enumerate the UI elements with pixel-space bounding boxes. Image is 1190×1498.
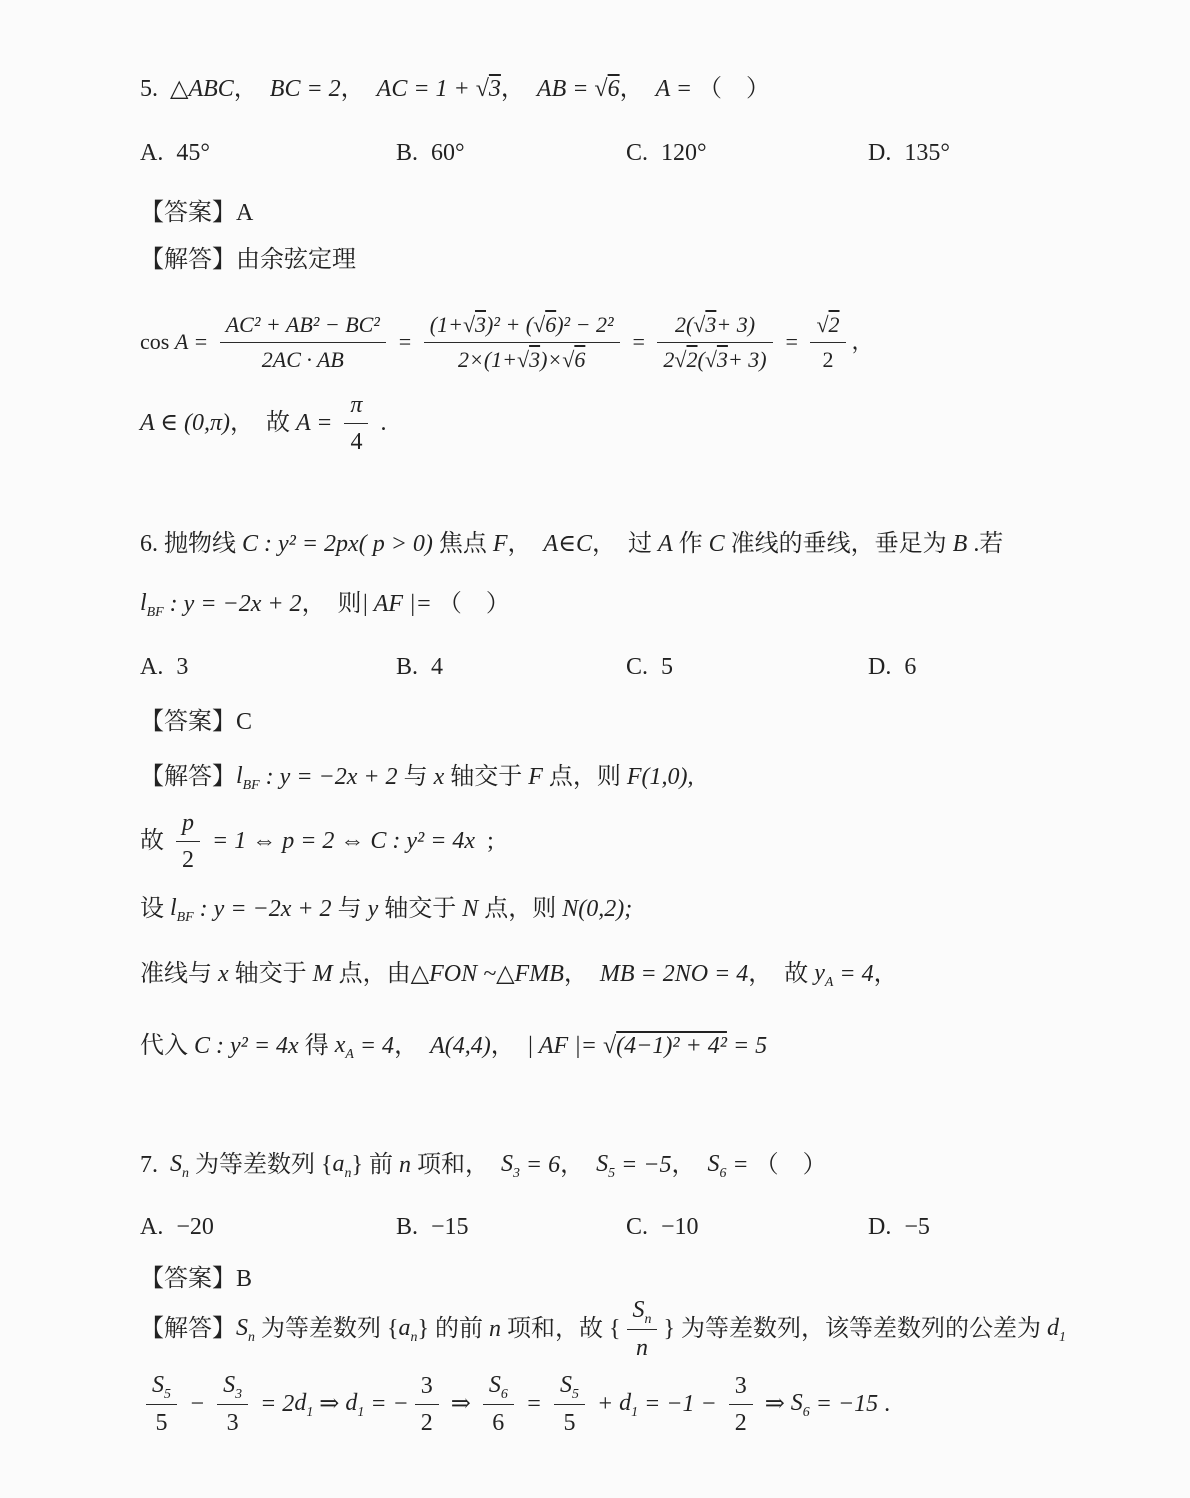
math-token: p xyxy=(182,808,194,838)
var-base: S xyxy=(236,1315,248,1341)
subscript: BF xyxy=(243,778,260,793)
var-base: S xyxy=(633,1297,645,1323)
math-token: A∈C xyxy=(544,529,592,559)
sqrt-radicand: 2 xyxy=(687,347,698,372)
var-with-sub: S6 xyxy=(489,1370,508,1402)
q6-solution-line5: 代入 C : y² = 4x 得 xA = 4 ， A(4,4) ， | AF … xyxy=(140,1020,767,1072)
text-token: ， xyxy=(874,959,898,989)
math-token: + 3) xyxy=(728,346,767,374)
q6-solution-line1: 【解答】 lBF : y = −2x + 2 与 x 轴交于 F 点，则 F(1… xyxy=(140,756,694,798)
math-token: 3 xyxy=(421,1371,433,1401)
solution-tag: 【解答】 xyxy=(140,245,236,275)
option-c: C.120° xyxy=(626,138,707,168)
sqrt: 3 xyxy=(476,74,501,104)
math-token: : y = −2x + 2 xyxy=(260,762,398,792)
text-token: 点，则 xyxy=(543,762,627,792)
option-value: 3 xyxy=(176,652,188,682)
math-token: 2×(1+ xyxy=(458,346,517,374)
math-token: A xyxy=(658,529,673,559)
subscript: BF xyxy=(177,910,194,925)
text-token: 与 xyxy=(332,894,368,924)
math-token: = −15 xyxy=(810,1389,878,1419)
text-token: ， 则 xyxy=(302,589,362,619)
math-token: 2 xyxy=(822,346,833,374)
question-number: 6. 抛物线 xyxy=(140,529,242,559)
text-token: 点，由 xyxy=(333,959,411,989)
text-token: 点，则 xyxy=(478,894,562,924)
option-a: A.3 xyxy=(140,652,188,682)
text-token: 为等差数列 { xyxy=(189,1150,333,1180)
var-with-sub: d1 xyxy=(294,1388,313,1420)
subscript: n xyxy=(410,1330,417,1345)
var-base: S xyxy=(489,1372,501,1398)
numerator: 3 xyxy=(415,1370,439,1405)
option-value: −5 xyxy=(904,1212,930,1242)
var-with-sub: Sn xyxy=(170,1149,189,1181)
fraction: AC² + AB² − BC² 2AC · AB xyxy=(220,310,386,374)
math-token: 2AC · AB xyxy=(262,346,344,374)
subscript: BF xyxy=(147,605,164,620)
numerator: π xyxy=(344,389,368,424)
var-base: d xyxy=(619,1390,631,1416)
q7-options: A.−20 B.−15 C.−10 D.−5 xyxy=(140,1212,1080,1246)
var-base: S xyxy=(501,1151,513,1177)
math-token: 4 xyxy=(350,427,362,457)
option-value: −10 xyxy=(661,1212,699,1242)
option-value: 135° xyxy=(904,138,950,168)
math-token: A = xyxy=(175,328,214,356)
denominator: 2 xyxy=(810,343,845,375)
text-token: ， xyxy=(491,1031,527,1061)
math-token: C : y² = 4x xyxy=(194,1031,299,1061)
numerator: 2(3+ 3) xyxy=(657,310,772,343)
var-with-sub: Sn xyxy=(633,1295,652,1327)
question-number: 7. xyxy=(140,1150,170,1180)
math-token: ( xyxy=(698,346,705,374)
text-token: ， xyxy=(560,1150,596,1180)
subscript: 1 xyxy=(631,1405,638,1420)
option-label: C. xyxy=(626,652,648,682)
var-base: S xyxy=(707,1151,719,1177)
option-label: D. xyxy=(868,652,891,682)
math-token: AB = xyxy=(537,74,595,104)
text-token: ， 故 xyxy=(748,959,814,989)
var-with-sub: an xyxy=(332,1149,351,1181)
subscript: A xyxy=(825,975,834,990)
math-token: 2( xyxy=(675,311,693,339)
q6-solution-line4: 准线与 x 轴交于 M 点，由 △FON ~△FMB ， MB = 2NO = … xyxy=(140,953,898,995)
text-token: ， 过 xyxy=(592,529,658,559)
q6-answer: 【答案】 C xyxy=(140,705,252,739)
var-base: S xyxy=(596,1151,608,1177)
fraction: p 2 xyxy=(176,807,200,876)
var-base: l xyxy=(236,763,243,789)
numerator: S3 xyxy=(217,1369,248,1406)
var-with-sub: yA xyxy=(814,958,833,990)
var-base: l xyxy=(140,590,147,616)
denominator: 2 xyxy=(729,1405,753,1439)
text-token: ， xyxy=(501,74,537,104)
text-token: 设 xyxy=(140,894,170,924)
option-value: 45° xyxy=(176,138,210,168)
subscript: 1 xyxy=(1059,1330,1066,1345)
sqrt-radicand: 6 xyxy=(574,347,585,372)
option-value: 120° xyxy=(661,138,707,168)
subscript: 5 xyxy=(608,1166,615,1181)
q7-answer: 【答案】 B xyxy=(140,1262,252,1296)
var-with-sub: d1 xyxy=(345,1388,364,1420)
q5-answer: 【答案】 A xyxy=(140,196,253,230)
text-token: 代入 xyxy=(140,1031,194,1061)
fraction: (1+3)² + (6)² − 2² 2×(1+3)×6 xyxy=(424,310,620,374)
denominator: 2×(1+3)×6 xyxy=(424,343,620,375)
var-with-sub: lBF xyxy=(140,588,164,620)
q5-stem: 5. △ABC ， BC = 2 ， AC = 1 + 3 ， AB = 6 ，… xyxy=(140,66,770,112)
denominator: 3 xyxy=(217,1405,248,1439)
sqrt: 3 xyxy=(463,311,486,339)
text-token: ， xyxy=(852,328,874,356)
math-token: x xyxy=(434,762,445,792)
math-token: N(0,2); xyxy=(562,894,632,924)
subscript: n xyxy=(248,1330,255,1345)
math-token: = 5 xyxy=(727,1031,767,1061)
q5-options: A.45° B.60° C.120° D.135° xyxy=(140,138,1080,172)
var-base: d xyxy=(294,1390,306,1416)
implies-sign: ⇒ xyxy=(313,1389,345,1419)
denominator: 22(3+ 3) xyxy=(657,343,772,375)
text-token: } 前 xyxy=(351,1150,399,1180)
text-token: .若 xyxy=(967,529,1003,559)
math-token: | AF |= xyxy=(362,589,438,619)
math-token: △FON ~△FMB xyxy=(411,959,564,989)
cos-operator: cos xyxy=(140,328,175,356)
text-token: ， xyxy=(394,1031,430,1061)
sqrt: (4−1)² + 4² xyxy=(603,1031,727,1061)
sqrt: 3 xyxy=(705,346,728,374)
text-token: 为等差数列 { xyxy=(255,1314,399,1344)
option-label: A. xyxy=(140,1212,163,1242)
var-base: S xyxy=(223,1372,235,1398)
math-token: MB = 2NO = 4 xyxy=(600,959,748,989)
var-base: a xyxy=(398,1315,410,1341)
text-token: 项和，故 { xyxy=(501,1314,621,1344)
text-token: 轴交于 xyxy=(444,762,528,792)
math-token: F(1,0), xyxy=(627,762,694,792)
question-number: 5. xyxy=(140,74,170,104)
math-token: 2 xyxy=(663,346,674,374)
math-token: n xyxy=(489,1314,501,1344)
math-token: x xyxy=(218,959,229,989)
math-token: = −1 − xyxy=(638,1389,723,1419)
math-token: 6 xyxy=(492,1408,504,1438)
sqrt: 3 xyxy=(693,311,716,339)
subscript: n xyxy=(344,1166,351,1181)
solution-tag: 【解答】 xyxy=(140,1314,236,1344)
denominator: 4 xyxy=(344,424,368,458)
math-token: AC² + AB² − BC² xyxy=(226,311,380,339)
fraction: 3 2 xyxy=(729,1370,753,1439)
math-token: = 4 xyxy=(833,959,873,989)
math-token: A = xyxy=(296,408,338,438)
math-token: 5 xyxy=(563,1408,575,1438)
denominator: n xyxy=(627,1330,658,1364)
fraction: S5 5 xyxy=(554,1369,585,1440)
text-token: ， xyxy=(341,74,377,104)
var-base: l xyxy=(170,895,177,921)
text-token: 准线的垂线，垂足为 xyxy=(725,529,953,559)
text-token: 与 xyxy=(398,762,434,792)
math-token: + xyxy=(591,1389,619,1419)
math-token: 3 xyxy=(735,1371,747,1401)
var-base: S xyxy=(170,1151,182,1177)
sqrt-radicand: 2 xyxy=(829,312,840,337)
implies-sign: ⇒ xyxy=(759,1389,791,1419)
math-token: )² − 2² xyxy=(556,311,613,339)
sqrt: 3 xyxy=(517,346,540,374)
fraction: 3 2 xyxy=(415,1370,439,1439)
sqrt-radicand: 3 xyxy=(705,312,716,337)
option-d: D.135° xyxy=(868,138,950,168)
denominator: 2AC · AB xyxy=(220,343,386,375)
math-token: 5 xyxy=(155,1408,167,1438)
math-token: N xyxy=(462,894,478,924)
math-token: = 2 xyxy=(254,1389,294,1419)
equals-sign: = xyxy=(520,1389,548,1419)
math-token: 2 xyxy=(421,1408,433,1438)
math-token: : y = −2x + 2 xyxy=(194,894,332,924)
math-token: △ABC xyxy=(170,74,234,104)
option-value: 5 xyxy=(661,652,673,682)
math-token: 2 xyxy=(735,1408,747,1438)
option-c: C.−10 xyxy=(626,1212,699,1242)
q6-stem: 6. 抛物线 C : y² = 2px( p > 0) 焦点 F ， A∈C ，… xyxy=(140,521,1003,567)
var-with-sub: S5 xyxy=(596,1149,615,1181)
option-label: B. xyxy=(396,1212,418,1242)
math-token: F xyxy=(528,762,543,792)
math-token: n xyxy=(636,1333,648,1363)
math-token: y xyxy=(368,894,379,924)
var-base: y xyxy=(814,960,825,986)
math-token: AC = 1 + xyxy=(377,74,476,104)
numerator: Sn xyxy=(627,1294,658,1331)
var-with-sub: Sn xyxy=(236,1313,255,1345)
sqrt: 2 xyxy=(816,311,839,339)
fraction: S6 6 xyxy=(483,1369,514,1440)
math-token: )× xyxy=(540,346,562,374)
math-token: C xyxy=(709,529,725,559)
q6-solution-line2: 故 p 2 = 1 ⇔ p = 2 ⇔ C : y² = 4x ; xyxy=(140,808,494,874)
q5-conclusion: A ∈ (0,π) ， 故 A = π 4 . xyxy=(140,392,386,454)
option-c: C.5 xyxy=(626,652,673,682)
text-token: . xyxy=(374,408,386,438)
subscript: A xyxy=(345,1047,354,1062)
math-token: B xyxy=(953,529,968,559)
math-token: 3 xyxy=(227,1408,239,1438)
q7-solution-line1: 【解答】 Sn 为等差数列 { an } 的前 n 项和，故 { Sn n } … xyxy=(140,1298,1066,1360)
sqrt-radicand: 3 xyxy=(717,347,728,372)
answer-tag: 【答案】 xyxy=(140,1264,236,1294)
text-token: ， xyxy=(620,74,656,104)
sqrt-radicand: 3 xyxy=(529,347,540,372)
text-token: 项和， xyxy=(411,1150,501,1180)
math-token: π xyxy=(350,390,362,420)
var-base: x xyxy=(335,1032,346,1058)
option-value: −15 xyxy=(431,1212,469,1242)
text-token: ， xyxy=(508,529,544,559)
sqrt: 2 xyxy=(674,346,697,374)
text-token: 作 xyxy=(673,529,709,559)
text-token: . xyxy=(878,1389,890,1419)
option-label: D. xyxy=(868,1212,891,1242)
math-token: (1+ xyxy=(430,311,463,339)
math-token: = 4 xyxy=(354,1031,394,1061)
sqrt: 6 xyxy=(533,311,556,339)
fraction: Sn n xyxy=(627,1294,658,1365)
text-token: } 的前 xyxy=(417,1314,489,1344)
var-with-sub: xA xyxy=(335,1030,354,1062)
answer-blank: （ ） xyxy=(698,74,770,104)
q7-solution-line2: S5 5 − S3 3 = 2 d1 ⇒ d1 = − 3 2 ⇒ S6 6 =… xyxy=(140,1366,890,1442)
var-base: S xyxy=(560,1372,572,1398)
q7-stem: 7. Sn 为等差数列 { an } 前 n 项和， S3 = 6 ， S5 =… xyxy=(140,1142,827,1188)
numerator: S6 xyxy=(483,1369,514,1406)
denominator: 5 xyxy=(554,1405,585,1439)
math-token: n xyxy=(399,1150,411,1180)
option-b: B.4 xyxy=(396,652,443,682)
option-a: A.−20 xyxy=(140,1212,214,1242)
q6-stem-line2: lBF : y = −2x + 2 ， 则 | AF |= （ ） xyxy=(140,580,510,628)
option-label: C. xyxy=(626,1212,648,1242)
answer-blank: （ ） xyxy=(438,589,510,619)
math-token: C : y² = 2px( p > 0) xyxy=(242,529,433,559)
solution-text: 由余弦定理 xyxy=(236,245,356,275)
denominator: 2 xyxy=(176,842,200,876)
text-token: ; xyxy=(475,826,494,856)
text-token: ， xyxy=(564,959,600,989)
fraction: 2(3+ 3) 22(3+ 3) xyxy=(657,310,772,374)
numerator: (1+3)² + (6)² − 2² xyxy=(424,310,620,343)
sqrt: 6 xyxy=(562,346,585,374)
var-base: S xyxy=(152,1372,164,1398)
var-base: d xyxy=(345,1390,357,1416)
var-with-sub: d1 xyxy=(619,1388,638,1420)
option-value: 4 xyxy=(431,652,443,682)
text-token: 准线与 xyxy=(140,959,218,989)
sqrt-radicand: 3 xyxy=(489,76,501,102)
option-label: B. xyxy=(396,652,418,682)
subscript: 6 xyxy=(719,1166,726,1181)
option-d: D.−5 xyxy=(868,1212,930,1242)
var-base: d xyxy=(1047,1315,1059,1341)
math-token: | AF |= xyxy=(527,1031,603,1061)
fraction: 2 2 xyxy=(810,310,845,374)
option-label: A. xyxy=(140,138,163,168)
numerator: 2 xyxy=(810,310,845,343)
equals-sign: = xyxy=(626,328,652,356)
fraction: π 4 xyxy=(344,389,368,458)
denominator: 2 xyxy=(415,1405,439,1439)
option-value: 6 xyxy=(904,652,916,682)
var-with-sub: an xyxy=(398,1313,417,1345)
text-token: ， 故 xyxy=(230,408,296,438)
option-label: B. xyxy=(396,138,418,168)
var-with-sub: d1 xyxy=(1047,1313,1066,1345)
subscript: n xyxy=(645,1311,652,1326)
text-token: } 为等差数列，该等差数列的公差为 xyxy=(663,1314,1047,1344)
denominator: 5 xyxy=(146,1405,177,1439)
equals-sign: = xyxy=(392,328,418,356)
answer-value: C xyxy=(236,707,252,737)
option-label: A. xyxy=(140,652,163,682)
math-token: M xyxy=(313,959,333,989)
var-with-sub: lBF xyxy=(236,761,260,793)
text-token: 故 xyxy=(140,826,170,856)
answer-tag: 【答案】 xyxy=(140,707,236,737)
implies-sign: ⇒ xyxy=(445,1389,477,1419)
q6-options: A.3 B.4 C.5 D.6 xyxy=(140,652,1080,686)
option-b: B.−15 xyxy=(396,1212,469,1242)
math-token: : y = −2x + 2 xyxy=(164,589,302,619)
sqrt: 6 xyxy=(594,74,619,104)
sqrt-radicand: 6 xyxy=(545,312,556,337)
math-token: = 6 xyxy=(520,1150,560,1180)
answer-value: B xyxy=(236,1264,252,1294)
answer-blank: （ ） xyxy=(755,1150,827,1180)
answer-tag: 【答案】 xyxy=(140,198,236,228)
math-token: A ∈ (0,π) xyxy=(140,408,230,438)
equals-sign: = xyxy=(779,328,805,356)
subscript: 3 xyxy=(235,1386,242,1401)
numerator: AC² + AB² − BC² xyxy=(220,310,386,343)
var-with-sub: S5 xyxy=(560,1370,579,1402)
subscript: 3 xyxy=(513,1166,520,1181)
var-with-sub: S3 xyxy=(501,1149,520,1181)
subscript: 5 xyxy=(572,1386,579,1401)
math-token: + 3) xyxy=(716,311,755,339)
subscript: 6 xyxy=(803,1405,810,1420)
subscript: 1 xyxy=(306,1405,313,1420)
text-token: 轴交于 xyxy=(378,894,462,924)
option-label: D. xyxy=(868,138,891,168)
numerator: S5 xyxy=(554,1369,585,1406)
numerator: S5 xyxy=(146,1369,177,1406)
numerator: p xyxy=(176,807,200,842)
math-token: 2 xyxy=(182,845,194,875)
option-b: B.60° xyxy=(396,138,465,168)
var-base: S xyxy=(791,1390,803,1416)
exam-page: 5. △ABC ， BC = 2 ， AC = 1 + 3 ， AB = 6 ，… xyxy=(0,0,1190,1498)
subscript: 1 xyxy=(357,1405,364,1420)
math-token: = 1 ⇔ p = 2 ⇔ C : y² = 4x xyxy=(206,826,475,856)
math-token: BC = 2 xyxy=(270,74,341,104)
var-with-sub: S5 xyxy=(152,1370,171,1402)
var-base: a xyxy=(332,1151,344,1177)
text-token: 轴交于 xyxy=(229,959,313,989)
sqrt-radicand: 6 xyxy=(608,76,620,102)
math-token: A(4,4) xyxy=(430,1031,491,1061)
option-value: 60° xyxy=(431,138,465,168)
numerator: 3 xyxy=(729,1370,753,1405)
text-token: 焦点 xyxy=(433,529,493,559)
var-with-sub: S3 xyxy=(223,1370,242,1402)
text-token: 得 xyxy=(299,1031,335,1061)
sqrt-radicand: 3 xyxy=(475,312,486,337)
denominator: 6 xyxy=(483,1405,514,1439)
var-with-sub: lBF xyxy=(170,893,194,925)
math-token: = −5 xyxy=(615,1150,671,1180)
text-token: ， xyxy=(671,1150,707,1180)
option-a: A.45° xyxy=(140,138,210,168)
